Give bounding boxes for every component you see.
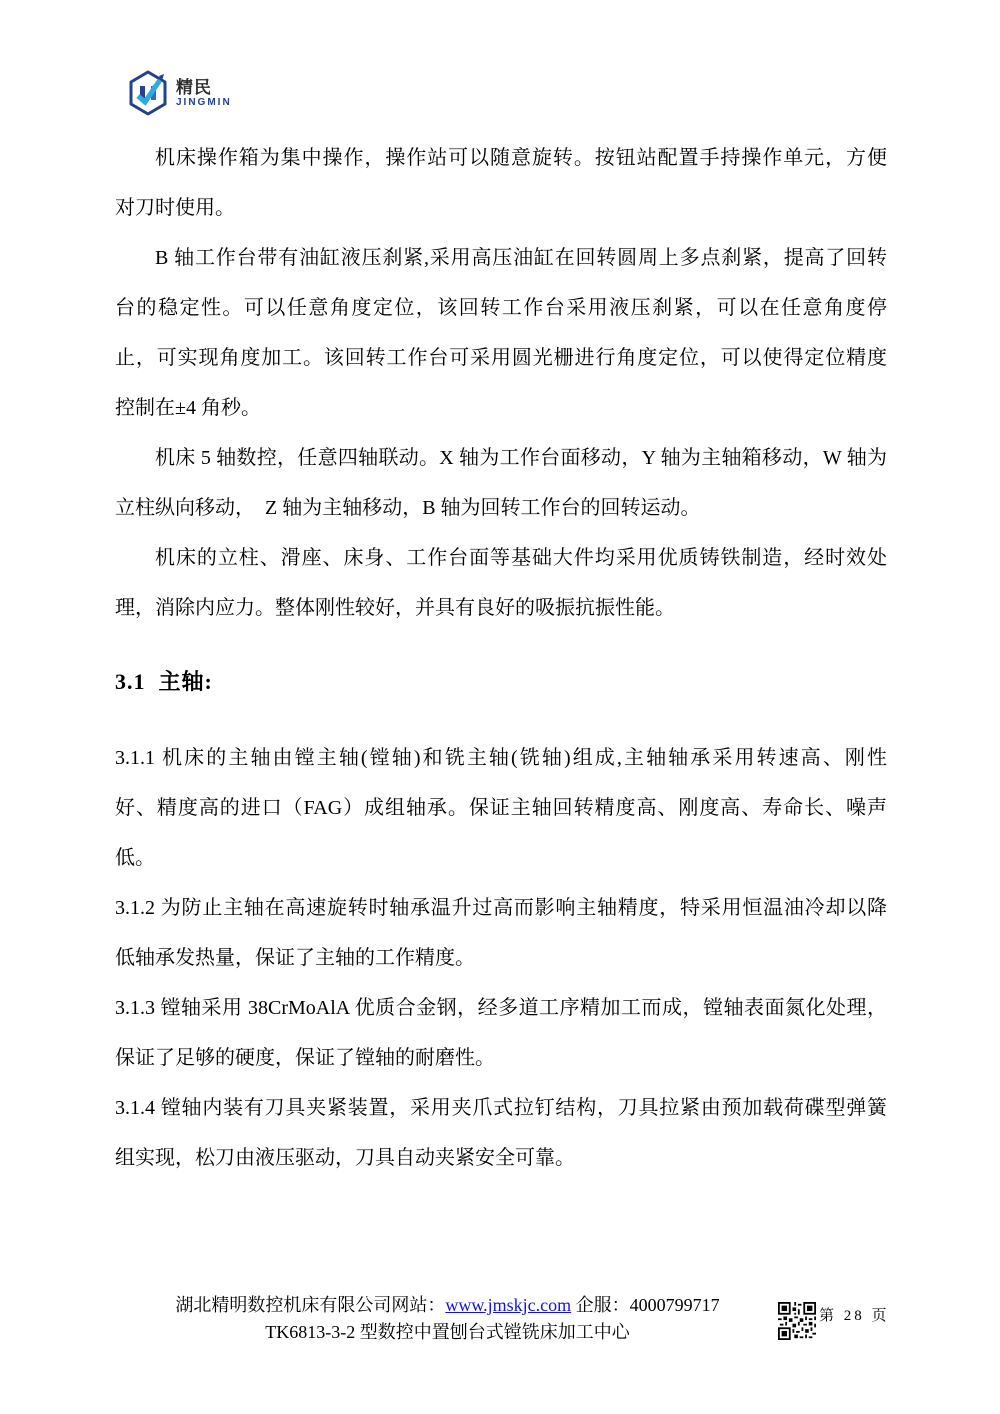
company-name-en: JINGMIN xyxy=(176,97,232,109)
company-logo: 精民 JINGMIN xyxy=(128,70,232,116)
footer-website-link[interactable]: www.jmskjc.com xyxy=(445,1295,571,1315)
page-number: 第 28 页 xyxy=(819,1305,890,1327)
company-name-cn: 精民 xyxy=(176,78,232,97)
paragraph-line: 理，消除内应力。整体刚性较好，并具有良好的吸振抗振性能。 xyxy=(115,583,887,633)
footer-service-text: 企服：4000799717 xyxy=(571,1295,720,1315)
footer-line-1: 湖北精明数控机床有限公司网站：www.jmskjc.com 企服：4000799… xyxy=(120,1292,775,1319)
paragraph-line: 低。 xyxy=(115,833,887,883)
paragraph-line: 台的稳定性。可以任意角度定位，该回转工作台采用液压刹紧，可以在任意角度停 xyxy=(115,283,887,333)
paragraph-line: 3.1.1 机床的主轴由镗主轴(镗轴)和铣主轴(铣轴)组成,主轴轴承采用转速高、… xyxy=(115,733,887,783)
paragraph-line: 3.1.3 镗轴采用 38CrMoAlA 优质合金钢，经多道工序精加工而成，镗轴… xyxy=(115,983,887,1033)
footer-company-text: 湖北精明数控机床有限公司网站： xyxy=(175,1295,445,1315)
hexagon-logo-icon xyxy=(128,70,168,116)
paragraph-line: 组实现，松刀由液压驱动，刀具自动夹紧安全可靠。 xyxy=(115,1133,887,1183)
document-body: 机床操作箱为集中操作，操作站可以随意旋转。按钮站配置手持操作单元，方便对刀时使用… xyxy=(115,133,887,1183)
footer-line-2: TK6813-3-2 型数控中置刨台式镗铣床加工中心 xyxy=(120,1319,775,1346)
logo-text: 精民 JINGMIN xyxy=(176,78,232,109)
qr-code xyxy=(778,1302,816,1340)
document-page: 精民 JINGMIN 机床操作箱为集中操作，操作站可以随意旋转。按钮站配置手持操… xyxy=(0,0,1000,1414)
paragraph-line: 3.1.4 镗轴内装有刀具夹紧装置，采用夹爪式拉钉结构，刀具拉紧由预加载荷碟型弹… xyxy=(115,1083,887,1133)
page-footer: 湖北精明数控机床有限公司网站：www.jmskjc.com 企服：4000799… xyxy=(120,1292,775,1346)
paragraph-line: 低轴承发热量，保证了主轴的工作精度。 xyxy=(115,933,887,983)
paragraph-line: 机床的立柱、滑座、床身、工作台面等基础大件均采用优质铸铁制造，经时效处 xyxy=(115,533,887,583)
paragraph-line: 3.1.2 为防止主轴在高速旋转时轴承温升过高而影响主轴精度，特采用恒温油冷却以… xyxy=(115,883,887,933)
paragraph-line: 机床操作箱为集中操作，操作站可以随意旋转。按钮站配置手持操作单元，方便 xyxy=(115,133,887,183)
section-heading: 3.1 主轴: xyxy=(115,657,887,707)
paragraph-line: B 轴工作台带有油缸液压刹紧,采用高压油缸在回转圆周上多点刹紧，提高了回转 xyxy=(115,233,887,283)
paragraph-line: 机床 5 轴数控，任意四轴联动。X 轴为工作台面移动，Y 轴为主轴箱移动，W 轴… xyxy=(115,433,887,483)
paragraph-line: 止，可实现角度加工。该回转工作台可采用圆光栅进行角度定位，可以使得定位精度 xyxy=(115,333,887,383)
paragraph-line: 好、精度高的进口（FAG）成组轴承。保证主轴回转精度高、刚度高、寿命长、噪声 xyxy=(115,783,887,833)
paragraph-line: 保证了足够的硬度，保证了镗轴的耐磨性。 xyxy=(115,1033,887,1083)
paragraph-line: 立柱纵向移动， Z 轴为主轴移动，B 轴为回转工作台的回转运动。 xyxy=(115,483,887,533)
paragraph-line: 控制在±4 角秒。 xyxy=(115,383,887,433)
paragraph-line: 对刀时使用。 xyxy=(115,183,887,233)
